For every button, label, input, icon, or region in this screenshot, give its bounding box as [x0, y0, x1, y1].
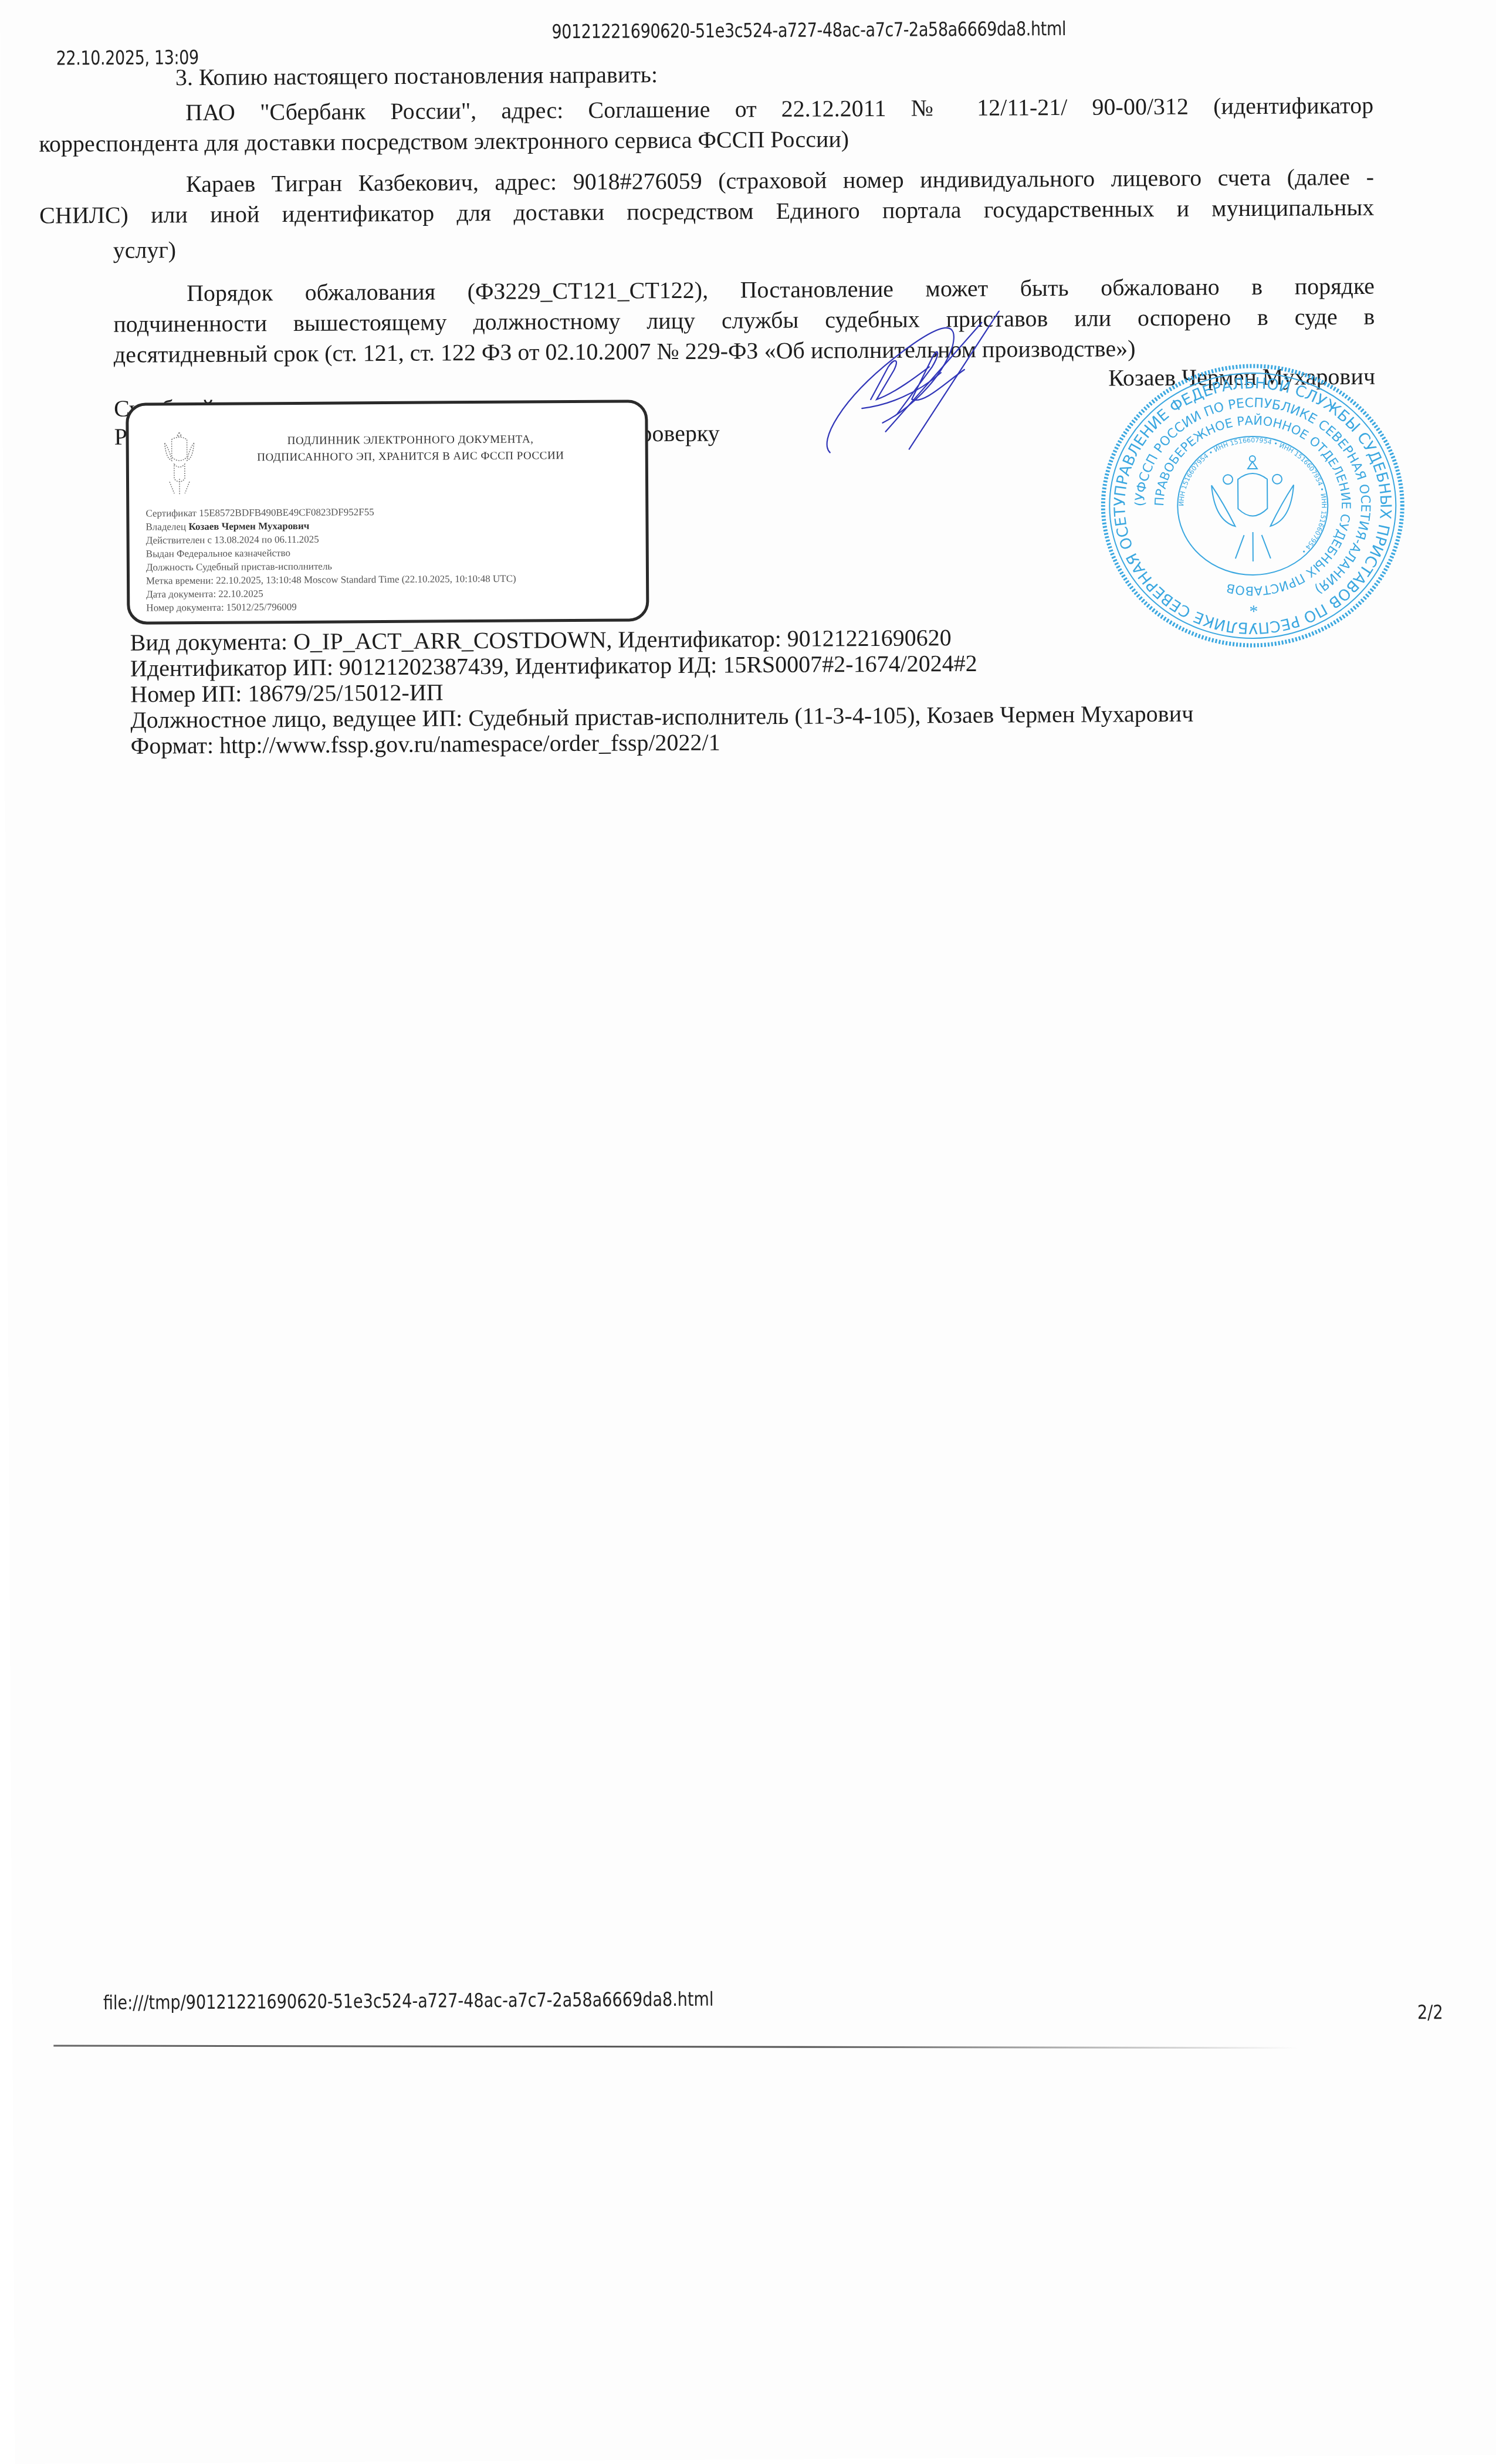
recipient-karaev: Караев Тигран Казбекович, адрес: 9018#27… — [113, 162, 1375, 266]
ep-owner-name: Козаев Чермен Мухарович — [188, 520, 309, 532]
print-file-title: 90121221690620-51e3c524-a727-48ac-a7c7-2… — [551, 17, 1066, 43]
seal-star-icon: * — [1249, 602, 1258, 621]
recipient-sberbank: ПАО "Сбербанк России", адрес: Соглашение… — [112, 90, 1374, 159]
double-headed-eagle-icon — [1211, 456, 1294, 562]
electronic-signature-stamp: ПОДЛИННИК ЭЛЕКТРОННОГО ДОКУМЕНТА, ПОДПИС… — [126, 400, 649, 624]
handwritten-signature — [805, 310, 1018, 464]
page-edge-line — [53, 2045, 1297, 2049]
recipient-karaev-line3: услуг) — [39, 228, 1374, 266]
document-metadata: Вид документа: O_IP_ACT_ARR_COSTDOWN, Ид… — [130, 624, 1194, 759]
print-footer-page-number: 2/2 — [1417, 2001, 1443, 2023]
ep-timestamp: Метка времени: 22.10.2025, 13:10:48 Mosc… — [146, 572, 516, 588]
meta-format: Формат: http://www.fssp.gov.ru/namespace… — [131, 727, 1194, 759]
ep-doc-number: Номер документа: 15012/25/796009 — [146, 599, 516, 615]
scanned-page: 22.10.2025, 13:09 90121221690620-51e3c52… — [0, 0, 1496, 2464]
official-seal: УПРАВЛЕНИЕ ФЕДЕРАЛЬНОЙ СЛУЖБЫ СУДЕБНЫХ П… — [1094, 358, 1412, 653]
ep-stamp-title: ПОДЛИННИК ЭЛЕКТРОННОГО ДОКУМЕНТА, ПОДПИС… — [188, 431, 634, 466]
ep-owner-label: Владелец — [145, 521, 186, 532]
appeal-procedure: Порядок обжалования (ФЗ229_СТ121_СТ122),… — [113, 271, 1375, 370]
ep-stamp-title-line2: ПОДПИСАННОГО ЭП, ХРАНИТСЯ В АИС ФССП РОС… — [188, 447, 634, 466]
ep-stamp-details: Сертификат 15E8572BDFB490BE49CF0823DF952… — [145, 505, 516, 615]
item-3-heading: 3. Копию настоящего постановления направ… — [112, 55, 1373, 93]
print-footer-url: file:///tmp/90121221690620-51e3c524-a727… — [103, 1988, 714, 2014]
